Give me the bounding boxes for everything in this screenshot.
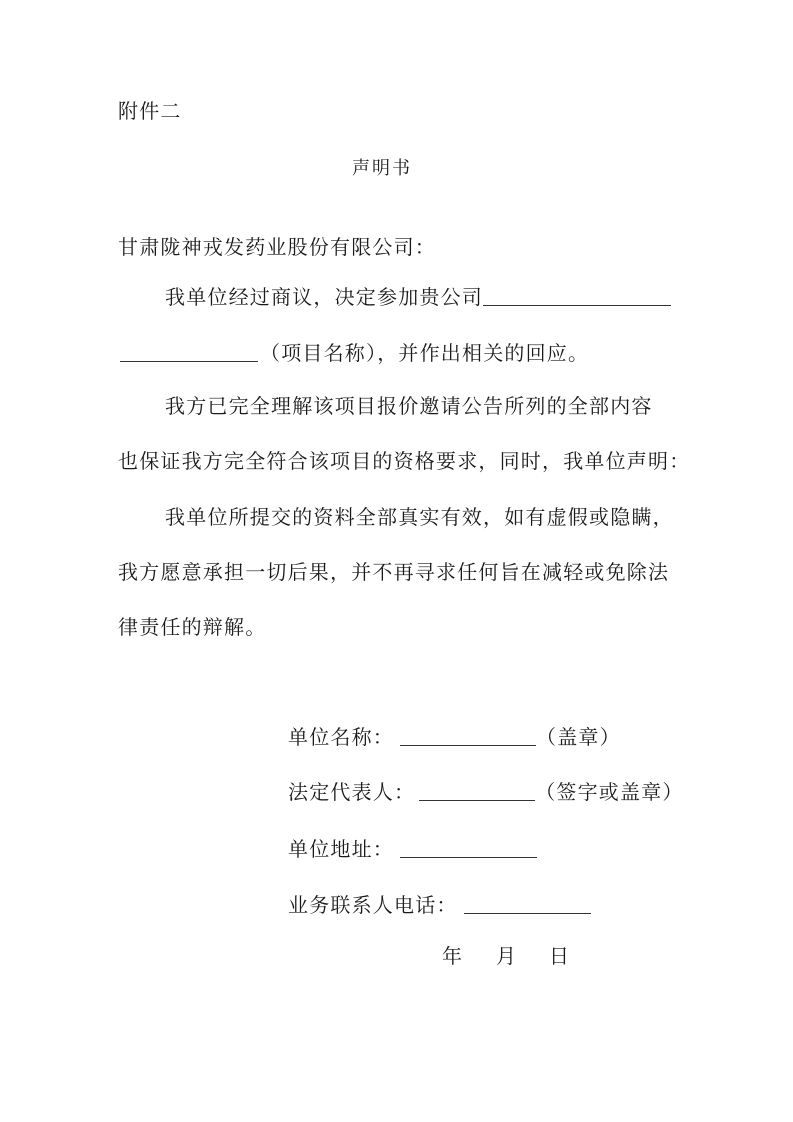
addressee: 甘肃陇神戎发药业股份有限公司： <box>118 235 436 259</box>
unit-name-label: 单位名称： <box>288 725 394 749</box>
paragraph-1-line-1: 我单位经过商议，决定参加贵公司 <box>165 283 671 309</box>
paragraph-3-line-3: 律责任的辩解。 <box>118 615 266 639</box>
unit-name-field[interactable] <box>400 725 536 746</box>
legal-rep-suffix: （签字或盖章） <box>535 780 683 804</box>
legal-rep-row: 法定代表人：（签字或盖章） <box>288 778 684 804</box>
date-day: 日 <box>549 944 570 968</box>
paragraph-2-line-2: 也保证我方完全符合该项目的资格要求，同时，我单位声明： <box>118 449 690 473</box>
address-row: 单位地址： <box>288 835 537 861</box>
date-month: 月 <box>496 944 517 968</box>
address-label: 单位地址： <box>288 837 394 861</box>
project-name-blank-2[interactable] <box>120 341 258 362</box>
legal-rep-label: 法定代表人： <box>288 780 415 804</box>
paragraph-1-text-2: （项目名称），并作出相关的回应。 <box>260 341 589 365</box>
legal-rep-field[interactable] <box>419 780 535 801</box>
paragraph-3-line-2: 我方愿意承担一切后果，并不再寻求任何旨在减轻或免除法 <box>118 560 669 584</box>
address-field[interactable] <box>400 837 537 858</box>
phone-field[interactable] <box>464 893 591 914</box>
paragraph-2-line-1: 我方已完全理解该项目报价邀请公告所列的全部内容 <box>165 394 653 418</box>
paragraph-1-line-2: （项目名称），并作出相关的回应。 <box>120 339 589 365</box>
unit-name-suffix: （盖章） <box>536 725 621 749</box>
paragraph-1-text: 我单位经过商议，决定参加贵公司 <box>165 285 483 309</box>
phone-row: 业务联系人电话： <box>288 891 591 917</box>
paragraph-3-line-1: 我单位所提交的资料全部真实有效，如有虚假或隐瞒， <box>165 505 674 529</box>
unit-name-row: 单位名称：（盖章） <box>288 723 621 749</box>
document-title: 声明书 <box>352 157 412 181</box>
attachment-label: 附件二 <box>118 99 182 123</box>
phone-label: 业务联系人电话： <box>288 893 458 917</box>
project-name-blank-1[interactable] <box>483 285 671 306</box>
date-year: 年 <box>442 944 463 968</box>
